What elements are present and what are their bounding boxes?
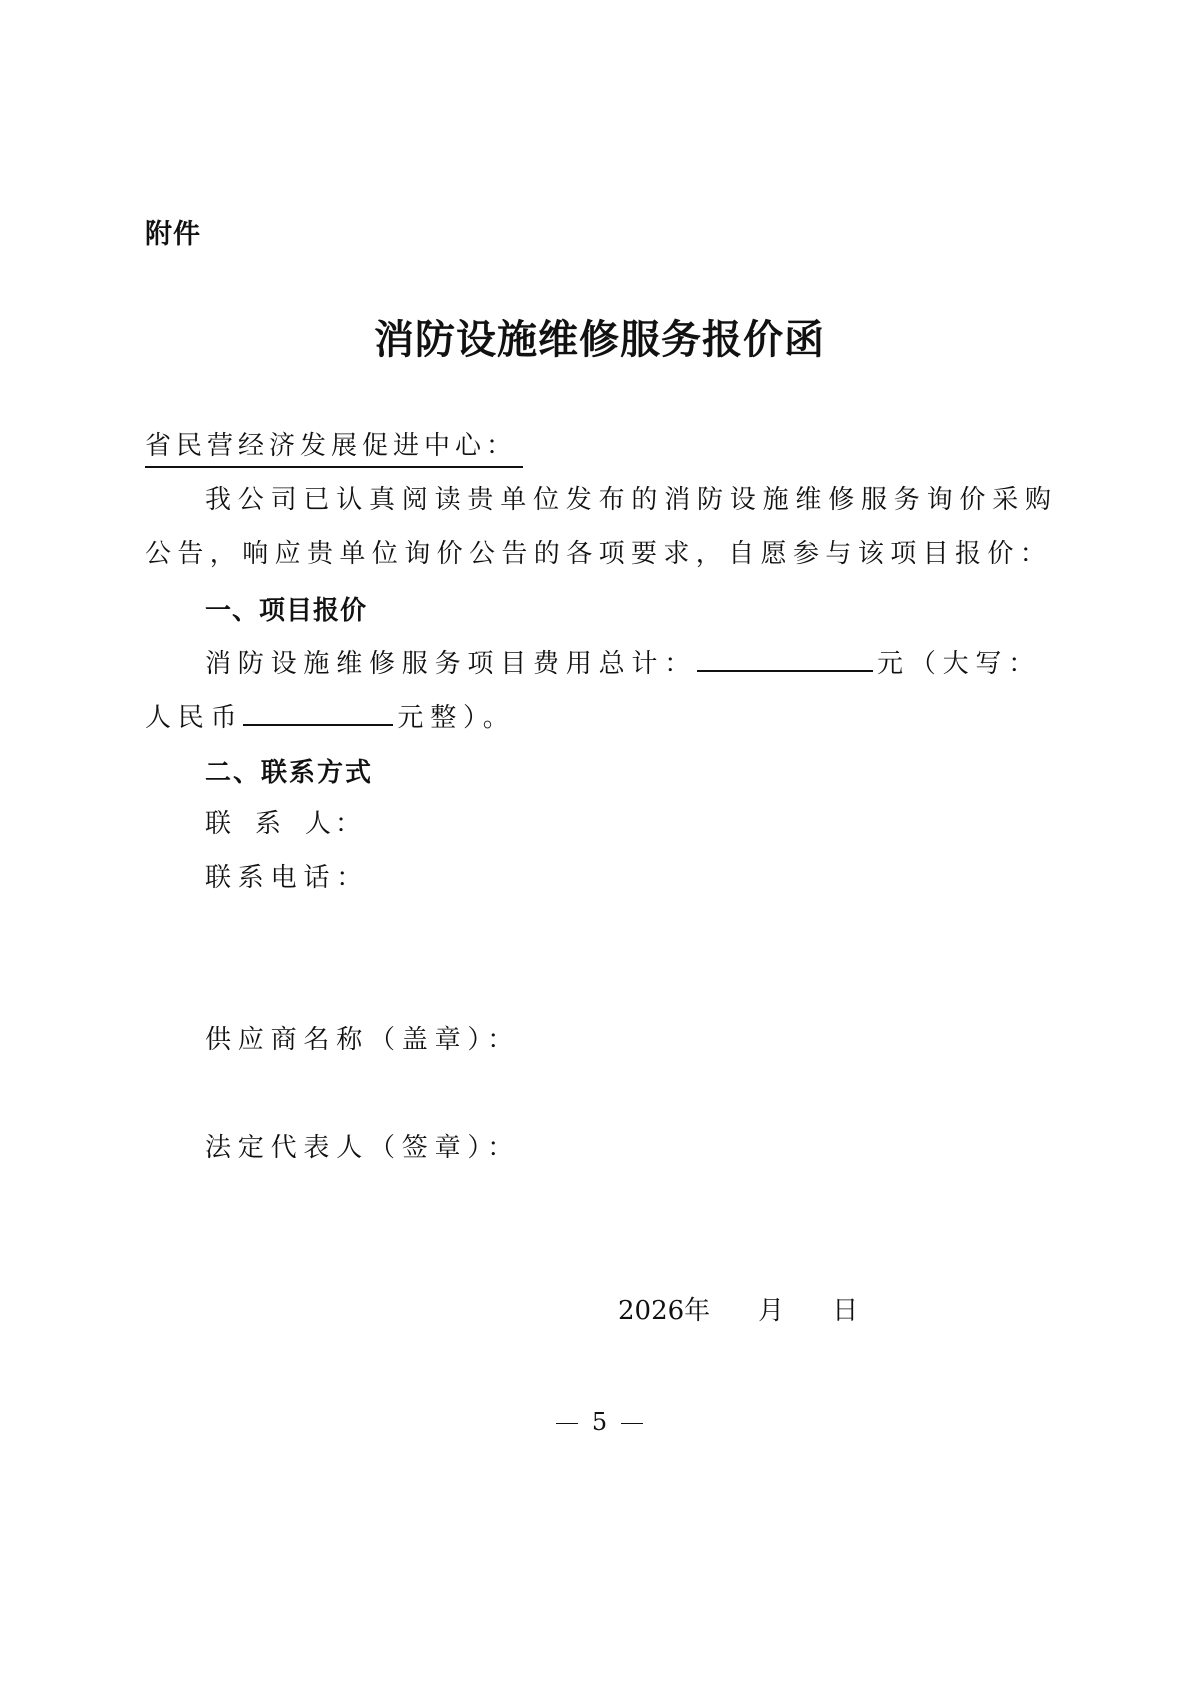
attachment-label: 附件 <box>145 212 201 251</box>
date-year: 2026年 <box>618 1296 710 1326</box>
cost-upper-suffix: 元整）。 <box>397 703 515 733</box>
contact-person-line: 联系人： <box>205 806 365 842</box>
contact-phone-line: 联系电话： <box>205 860 369 896</box>
cost-unit-prefix: 元（大写： <box>877 649 1041 679</box>
section-heading-contact: 二、联系方式 <box>205 752 373 789</box>
cost-upper-blank-field[interactable] <box>243 698 393 726</box>
page-number-right-dash <box>621 1423 643 1424</box>
cost-upper-prefix: 人民币 <box>145 703 243 733</box>
contact-person-label-char-3: 人： <box>305 809 365 839</box>
page-number: 5 <box>0 1408 1199 1436</box>
recipient-name: 省民营经济发展促进中心： <box>145 428 523 468</box>
section-heading-quote: 一、项目报价 <box>205 590 367 627</box>
contact-person-label-char-2: 系 <box>255 809 285 839</box>
cost-total-line: 消防设施维修服务项目费用总计：元（大写： <box>205 644 1041 682</box>
cost-total-blank-field[interactable] <box>697 644 873 672</box>
legal-rep-signature-label: 法定代表人（签章）： <box>205 1130 520 1166</box>
cost-total-label: 消防设施维修服务项目费用总计： <box>205 649 697 679</box>
date-day: 日 <box>832 1296 858 1326</box>
document-title: 消防设施维修服务报价函 <box>0 308 1199 365</box>
intro-paragraph-line-2: 公告，响应贵单位询价公告的各项要求，自愿参与该项目报价： <box>145 536 1052 572</box>
cost-uppercase-line: 人民币元整）。 <box>145 698 516 736</box>
page-number-left-dash <box>556 1423 578 1424</box>
contact-phone-label: 联系电话： <box>205 863 369 893</box>
date-month: 月 <box>758 1296 784 1326</box>
page-number-value: 5 <box>592 1408 607 1436</box>
recipient-line: 省民营经济发展促进中心： <box>145 428 523 468</box>
contact-person-label-char-1: 联 <box>205 809 235 839</box>
supplier-signature-label: 供应商名称（盖章）： <box>205 1022 520 1058</box>
date-line: 2026年月日 <box>618 1290 858 1327</box>
intro-paragraph-line-1: 我公司已认真阅读贵单位发布的消防设施维修服务询价采购 <box>205 482 1058 518</box>
